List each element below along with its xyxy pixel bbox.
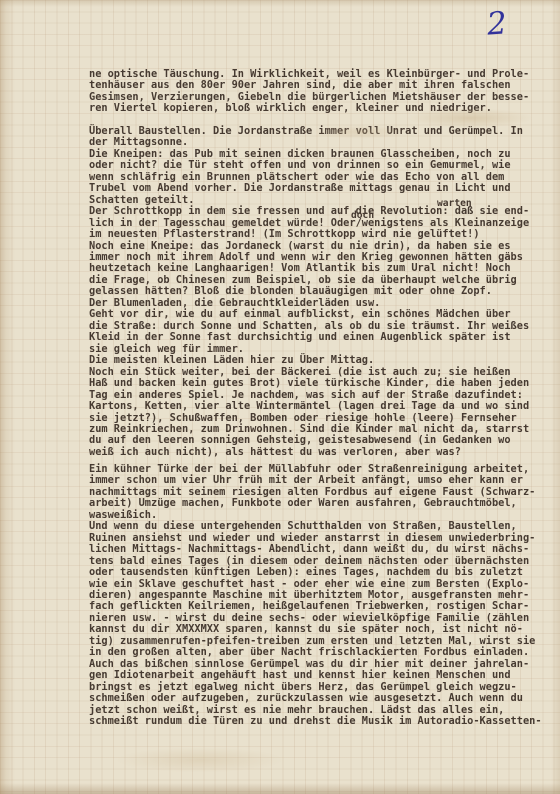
typed-paragraph-1: ne optische Täuschung. In Wirklichkeit, … [89,69,529,115]
typed-insertion-doch: doch [351,210,374,221]
scanned-typewritten-page: 2 ne optische Täuschung. In Wirklichkeit… [0,0,560,794]
typed-paragraph-3: Der Blumenladen, die Gebrauchtkleiderläd… [89,298,529,458]
handwritten-page-number: 2 [486,5,508,42]
typed-paragraph-4: Ein kühner Türke der bei der Müllabfuhr … [89,464,542,727]
typed-paragraph-2: Überall Baustellen. Die Jordanstraße imm… [89,126,529,298]
typed-insertion-warten: warten [437,198,472,209]
